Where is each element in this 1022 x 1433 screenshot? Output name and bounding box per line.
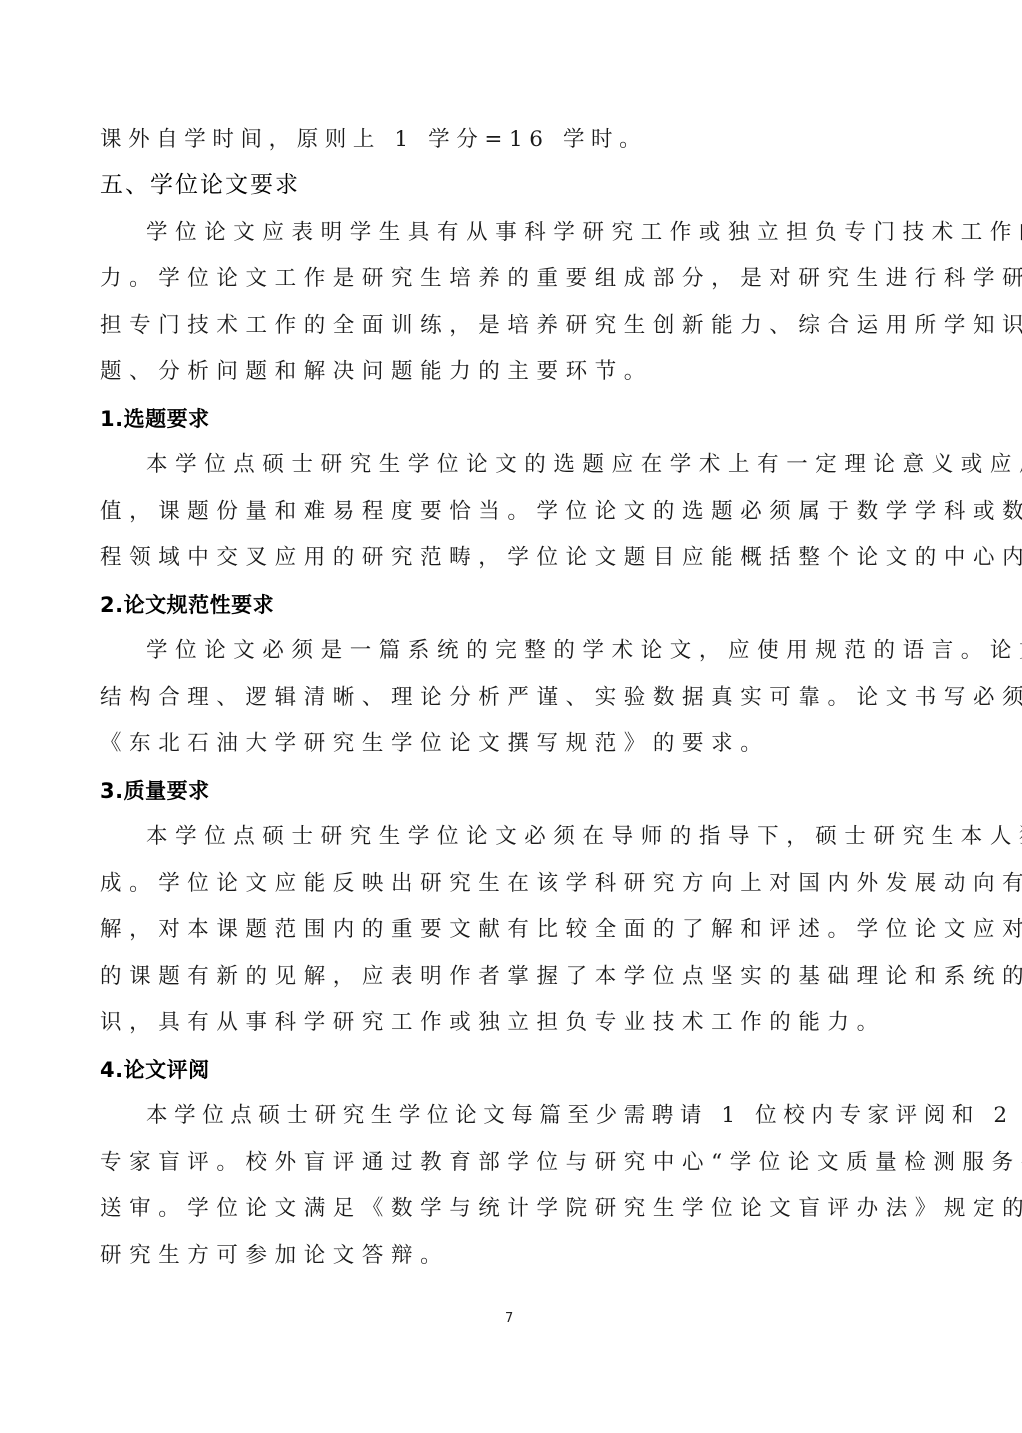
subsection-title-standards: 2.论文规范性要求 — [100, 590, 274, 620]
subsection-title-topic-selection: 1.选题要求 — [100, 404, 210, 434]
paragraph-line: 研究生方可参加论文答辩。 — [100, 1241, 922, 1271]
paragraph-line: 本学位点硕士研究生学位论文每篇至少需聘请 1 位校内专家评阅和 2 位校外 — [146, 1101, 968, 1131]
continuation-line: 课外自学时间，原则上 1 学分=16 学时。 — [100, 125, 922, 155]
subsection-title-quality: 3.质量要求 — [100, 776, 210, 806]
paragraph-line: 担专门技术工作的全面训练，是培养研究生创新能力、综合运用所学知识发现问 — [100, 311, 922, 341]
page-number: 7 — [505, 1311, 513, 1326]
section-title: 五、学位论文要求 — [100, 170, 300, 200]
paragraph-line: 题、分析问题和解决问题能力的主要环节。 — [100, 357, 922, 387]
paragraph-line: 送审。学位论文满足《数学与统计学院研究生学位论文盲评办法》规定的条件， — [100, 1194, 922, 1224]
paragraph-line: 成。学位论文应能反映出研究生在该学科研究方向上对国内外发展动向有基本了 — [100, 869, 922, 899]
paragraph-line: 学位论文应表明学生具有从事科学研究工作或独立担负专门技术工作的能 — [146, 218, 968, 248]
paragraph-line: 专家盲评。校外盲评通过教育部学位与研究中心“学位论文质量检测服务平台” — [100, 1148, 922, 1178]
paragraph-line: 《东北石油大学研究生学位论文撰写规范》的要求。 — [100, 729, 922, 759]
paragraph-line: 的课题有新的见解，应表明作者掌握了本学位点坚实的基础理论和系统的专门知 — [100, 962, 922, 992]
document-page: 课外自学时间，原则上 1 学分=16 学时。 五、学位论文要求 学位论文应表明学… — [0, 0, 1022, 1433]
paragraph-line: 结构合理、逻辑清晰、理论分析严谨、实验数据真实可靠。论文书写必须符合 — [100, 683, 922, 713]
paragraph-line: 值，课题份量和难易程度要恰当。学位论文的选题必须属于数学学科或数学在工 — [100, 497, 922, 527]
paragraph-line: 本学位点硕士研究生学位论文的选题应在学术上有一定理论意义或应用价 — [146, 450, 968, 480]
paragraph-line: 识，具有从事科学研究工作或独立担负专业技术工作的能力。 — [100, 1008, 922, 1038]
paragraph-line: 本学位点硕士研究生学位论文必须在导师的指导下，硕士研究生本人独立完 — [146, 822, 968, 852]
paragraph-line: 学位论文必须是一篇系统的完整的学术论文，应使用规范的语言。论文要求 — [146, 636, 968, 666]
paragraph-line: 力。学位论文工作是研究生培养的重要组成部分，是对研究生进行科学研究或承 — [100, 264, 922, 294]
subsection-title-review: 4.论文评阅 — [100, 1055, 210, 1085]
paragraph-line: 解，对本课题范围内的重要文献有比较全面的了解和评述。学位论文应对所研究 — [100, 915, 922, 945]
paragraph-line: 程领域中交叉应用的研究范畴，学位论文题目应能概括整个论文的中心内容。 — [100, 543, 922, 573]
